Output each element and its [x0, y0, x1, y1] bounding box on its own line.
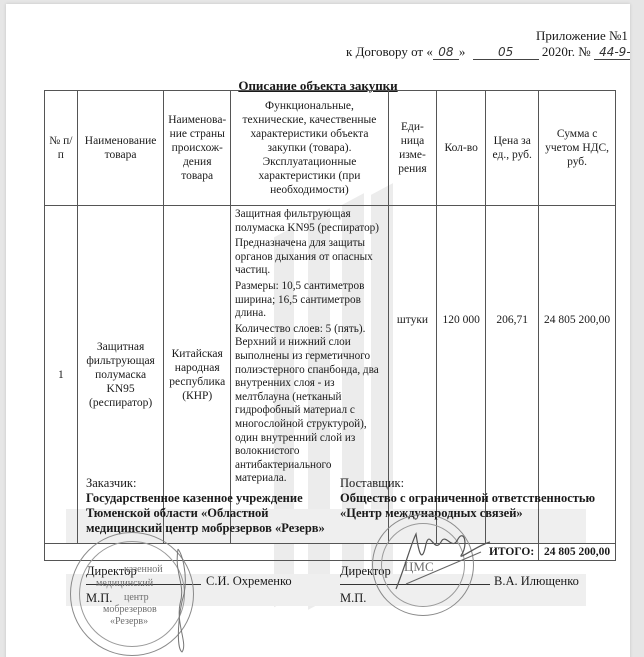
customer-org: Государственное казенное учреждение Тюме…	[86, 491, 326, 536]
contract-number: 44-9-4С	[594, 46, 630, 60]
stamp-text: «Резерв»	[110, 616, 148, 628]
stamp-text: медицинский	[96, 578, 153, 590]
column-header-quantity: Кол-во	[437, 91, 486, 206]
column-header-description: Функциональные, технические, качественны…	[231, 91, 389, 206]
column-header-price: Цена за ед., руб.	[486, 91, 539, 206]
customer-block: Заказчик: Государственное казенное учреж…	[86, 476, 326, 536]
description-line: Количество слоев: 5 (пять). Верхний и ни…	[235, 323, 384, 486]
supplier-role: Поставщик:	[340, 476, 600, 491]
supplier-org: Общество с ограниченной ответственностью…	[340, 491, 600, 521]
stamp-text: мобрезервов	[103, 604, 157, 616]
contract-day-close: »	[459, 44, 466, 59]
supplier-sign-line	[340, 584, 490, 585]
total-label: ИТОГО:	[45, 544, 539, 561]
total-value: 24 805 200,00	[539, 544, 616, 561]
document-page: Приложение №1 к Договору от «08» 05 2020…	[6, 4, 630, 657]
contract-reference: к Договору от «08» 05 2020г. № 44-9-4С	[346, 44, 630, 60]
stamp-text: центр	[124, 592, 149, 604]
cell-number: 1	[45, 206, 78, 544]
stamp-text: ЦМС	[404, 561, 434, 573]
supplier-seal-label: М.П.	[340, 591, 366, 606]
column-header-name: Наименование товара	[77, 91, 164, 206]
contract-year: 2020г. №	[542, 44, 591, 59]
supplier-position: Директор	[340, 564, 391, 579]
column-header-unit: Еди-ница изме-рения	[388, 91, 436, 206]
appendix-label: Приложение №1	[536, 28, 628, 44]
table-header-row: № п/п Наименование товара Наименова-ние …	[45, 91, 616, 206]
column-header-sum: Сумма с учетом НДС, руб.	[539, 91, 616, 206]
column-header-country: Наименова-ние страны происхож-дения това…	[164, 91, 231, 206]
contract-month: 05	[473, 46, 539, 60]
supplier-block: Поставщик: Общество с ограниченной ответ…	[340, 476, 600, 521]
stamp-text: казенной	[124, 564, 163, 576]
description-line: Размеры: 10,5 сантиметров ширина; 16,5 с…	[235, 280, 384, 321]
contract-day: 08	[433, 46, 459, 60]
customer-role: Заказчик:	[86, 476, 326, 491]
customer-signatory: С.И. Охременко	[206, 574, 292, 589]
description-line: Предназначена для защиты органов дыхания…	[235, 237, 384, 278]
supplier-signatory: В.А. Илющенко	[494, 574, 579, 589]
column-header-number: № п/п	[45, 91, 78, 206]
description-line: Защитная фильтрующая полумаска KN95 (рес…	[235, 208, 384, 235]
contract-prefix: к Договору от «	[346, 44, 433, 59]
total-row: ИТОГО: 24 805 200,00	[45, 544, 616, 561]
